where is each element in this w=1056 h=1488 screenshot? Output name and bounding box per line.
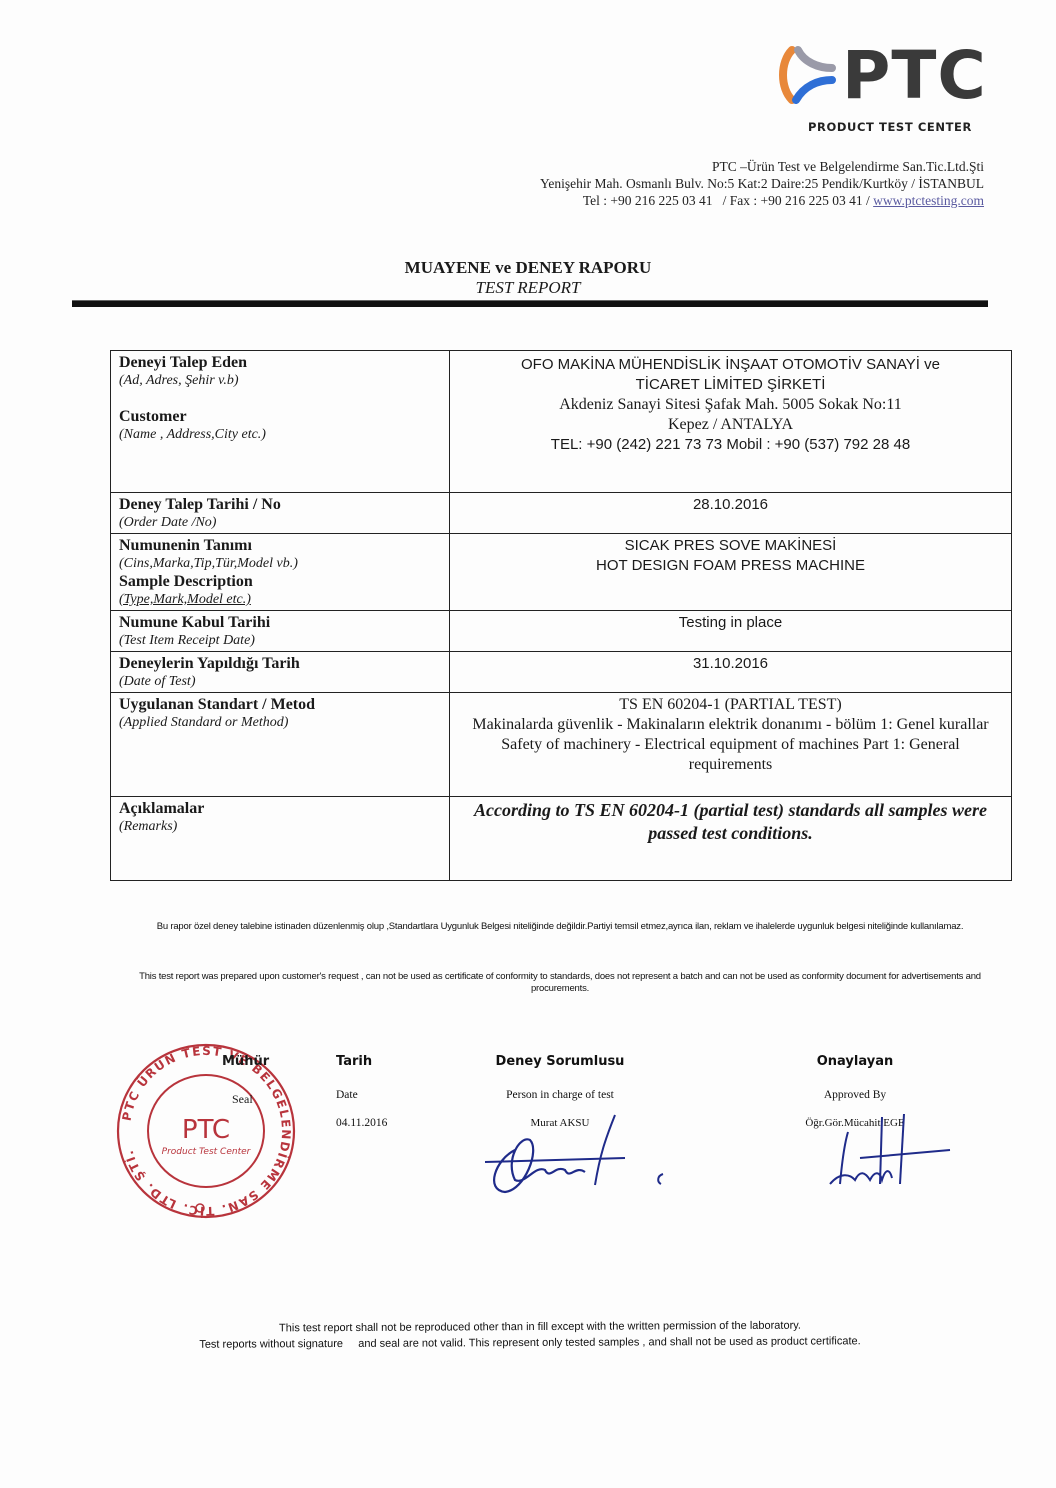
- company-address: Yenişehir Mah. Osmanlı Bulv. No:5 Kat:2 …: [540, 175, 984, 192]
- receipt-date-value: Testing in place: [450, 611, 1012, 652]
- approver-label-en: Approved By: [790, 1089, 920, 1101]
- approver-label-tr: Onaylayan: [790, 1054, 920, 1069]
- standard-code: TS EN 60204-1 (PARTIAL TEST): [458, 695, 1003, 715]
- customer-label-en: Customer: [119, 407, 441, 426]
- sample-hint-tr: (Cins,Marka,Tip,Tür,Model vb.): [119, 555, 441, 572]
- svg-text:PTC: PTC: [182, 1115, 230, 1145]
- customer-value-cell: OFO MAKİNA MÜHENDİSLİK İNŞAAT OTOMOTİV S…: [450, 351, 1012, 493]
- tester-label-tr: Deney Sorumlusu: [480, 1054, 640, 1069]
- sample-label-cell: Numunenin Tanımı (Cins,Marka,Tip,Tür,Mod…: [111, 534, 450, 611]
- sample-label-en: Sample Description: [119, 572, 441, 591]
- test-date-value: 31.10.2016: [450, 652, 1012, 693]
- customer-label-cell: Deneyi Talep Eden (Ad, Adres, Şehir v.b)…: [111, 351, 450, 493]
- customer-address: Akdeniz Sanayi Sitesi Şafak Mah. 5005 So…: [458, 395, 1003, 415]
- standard-desc-tr: Makinalarda güvenlik - Makinaların elekt…: [458, 715, 1003, 735]
- tester-label-en: Person in charge of test: [480, 1089, 640, 1101]
- customer-hint-tr: (Ad, Adres, Şehir v.b): [119, 372, 441, 389]
- remarks-label-cell: Açıklamalar (Remarks): [111, 797, 450, 881]
- customer-name-line1: OFO MAKİNA MÜHENDİSLİK İNŞAAT OTOMOTİV S…: [458, 355, 1003, 375]
- remarks-label: Açıklamalar: [119, 799, 441, 818]
- report-title: MUAYENE ve DENEY RAPORU TEST REPORT: [0, 258, 1056, 298]
- company-name: PTC –Ürün Test ve Belgelendirme San.Tic.…: [540, 158, 984, 175]
- disclaimer-tr: Bu rapor özel deney talebine istinaden d…: [120, 921, 1000, 933]
- company-website-link[interactable]: www.ptctesting.com: [873, 193, 984, 208]
- footer-line-2: Test reports without signature and seal …: [0, 1333, 1056, 1353]
- order-date-label-cell: Deney Talep Tarihi / No (Order Date /No): [111, 493, 450, 534]
- test-date-label: Deneylerin Yapıldığı Tarih: [119, 654, 441, 673]
- logo-subtitle: PRODUCT TEST CENTER: [808, 120, 972, 134]
- report-details-table: Deneyi Talep Eden (Ad, Adres, Şehir v.b)…: [110, 350, 1012, 881]
- table-row-standard: Uygulanan Standart / Metod (Applied Stan…: [111, 693, 1012, 797]
- test-date-hint: (Date of Test): [119, 673, 441, 690]
- company-info: PTC –Ürün Test ve Belgelendirme San.Tic.…: [540, 158, 984, 209]
- title-divider: [72, 300, 988, 307]
- customer-city: Kepez / ANTALYA: [458, 415, 1003, 435]
- standard-label-cell: Uygulanan Standart / Metod (Applied Stan…: [111, 693, 450, 797]
- sample-name-tr: SICAK PRES SOVE MAKİNESİ: [458, 536, 1003, 556]
- remarks-hint: (Remarks): [119, 818, 441, 835]
- seal-label-en: Seal: [232, 1092, 253, 1107]
- test-date-label-cell: Deneylerin Yapıldığı Tarih (Date of Test…: [111, 652, 450, 693]
- order-date-hint: (Order Date /No): [119, 514, 441, 531]
- customer-hint-en: (Name , Address,City etc.): [119, 426, 441, 443]
- order-date-value: 28.10.2016: [450, 493, 1012, 534]
- table-row-customer: Deneyi Talep Eden (Ad, Adres, Şehir v.b)…: [111, 351, 1012, 493]
- sample-value-cell: SICAK PRES SOVE MAKİNESİ HOT DESIGN FOAM…: [450, 534, 1012, 611]
- date-label-tr: Tarih: [336, 1054, 387, 1069]
- report-title-tr: MUAYENE ve DENEY RAPORU: [0, 258, 1056, 278]
- company-contact: Tel : +90 216 225 03 41 / Fax : +90 216 …: [540, 192, 984, 209]
- approver-signature-icon: [820, 1112, 960, 1192]
- company-phone-fax: Tel : +90 216 225 03 41 / Fax : +90 216 …: [583, 193, 873, 208]
- standard-label: Uygulanan Standart / Metod: [119, 695, 441, 714]
- standard-hint: (Applied Standard or Method): [119, 714, 441, 731]
- receipt-date-hint: (Test Item Receipt Date): [119, 632, 441, 649]
- standard-value-cell: TS EN 60204-1 (PARTIAL TEST) Makinalarda…: [450, 693, 1012, 797]
- svg-text:Product Test Center: Product Test Center: [162, 1147, 252, 1157]
- company-seal-stamp-icon: PTC ÜRÜN TEST VE BELGELENDİRME SAN. TİC.…: [112, 1040, 300, 1222]
- table-row-receipt-date: Numune Kabul Tarihi (Test Item Receipt D…: [111, 611, 1012, 652]
- date-column: Tarih Date 04.11.2016: [336, 1054, 387, 1129]
- table-row-remarks: Açıklamalar (Remarks) According to TS EN…: [111, 797, 1012, 881]
- receipt-date-label-cell: Numune Kabul Tarihi (Test Item Receipt D…: [111, 611, 450, 652]
- ptc-logo-mark-icon: [774, 44, 836, 106]
- sample-label-tr: Numunenin Tanımı: [119, 536, 441, 555]
- remarks-value-cell: According to TS EN 60204-1 (partial test…: [450, 797, 1012, 881]
- signature-date-value: 04.11.2016: [336, 1117, 387, 1129]
- ptc-logo: PTC PRODUCT TEST CENTER: [774, 36, 988, 136]
- sample-name-en: HOT DESIGN FOAM PRESS MACHINE: [458, 556, 1003, 576]
- remarks-value: According to TS EN 60204-1 (partial test…: [458, 799, 1003, 845]
- seal-label-tr: Mühür: [222, 1054, 269, 1069]
- sample-hint-en: (Type,Mark,Model etc.): [119, 591, 441, 608]
- standard-desc-en: Safety of machinery - Electrical equipme…: [458, 735, 1003, 775]
- customer-phone: TEL: +90 (242) 221 73 73 Mobil : +90 (53…: [458, 435, 1003, 455]
- tester-signature-icon: [475, 1110, 675, 1200]
- date-label-en: Date: [336, 1089, 387, 1101]
- receipt-date-label: Numune Kabul Tarihi: [119, 613, 441, 632]
- table-row-order-date: Deney Talep Tarihi / No (Order Date /No)…: [111, 493, 1012, 534]
- customer-label-tr: Deneyi Talep Eden: [119, 353, 441, 372]
- report-title-en: TEST REPORT: [0, 278, 1056, 298]
- table-row-test-date: Deneylerin Yapıldığı Tarih (Date of Test…: [111, 652, 1012, 693]
- logo-wordmark: PTC: [842, 36, 987, 116]
- customer-name-line2: TİCARET LİMİTED ŞİRKETİ: [458, 375, 1003, 395]
- table-row-sample: Numunenin Tanımı (Cins,Marka,Tip,Tür,Mod…: [111, 534, 1012, 611]
- order-date-label: Deney Talep Tarihi / No: [119, 495, 441, 514]
- disclaimer-en: This test report was prepared upon custo…: [120, 971, 1000, 995]
